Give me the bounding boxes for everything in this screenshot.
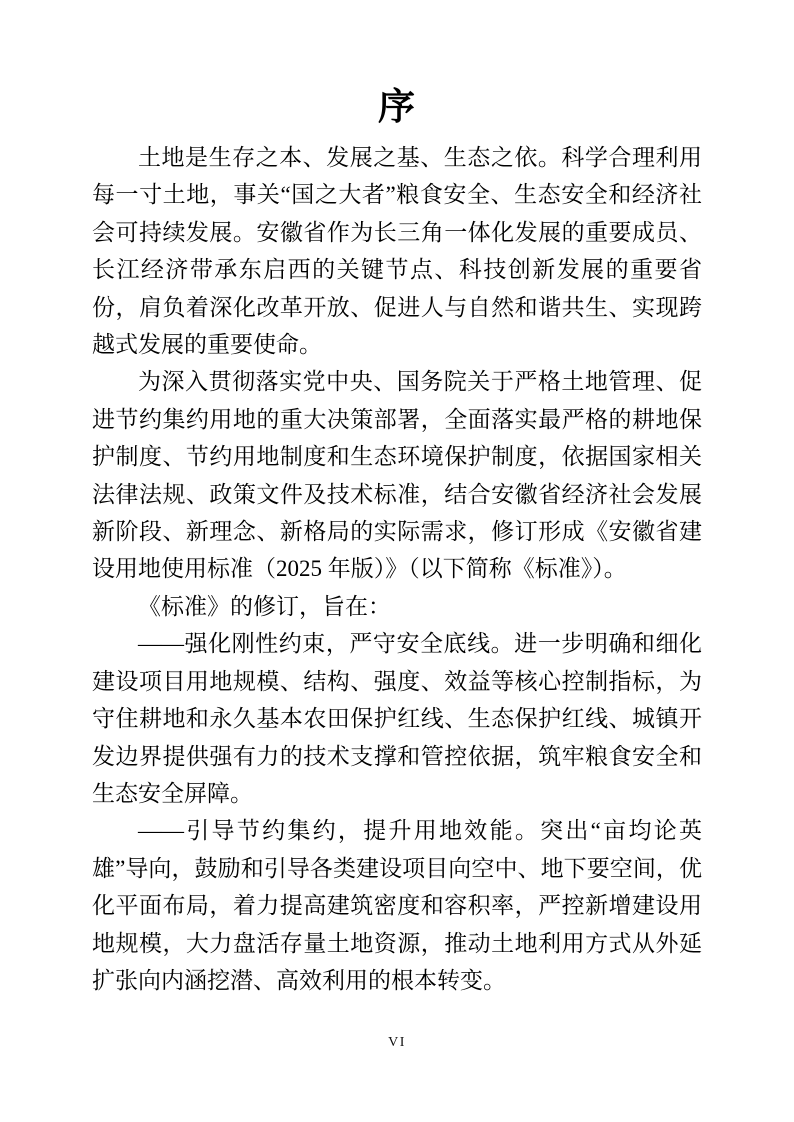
body-paragraph: ——强化刚性约束，严守安全底线。进一步明确和细化建设项目用地规模、结构、强度、效… [92,625,702,812]
body-paragraph: 土地是生存之本、发展之基、生态之依。科学合理利用每一寸土地，事关“国之大者”粮食… [92,139,702,363]
document-body: 土地是生存之本、发展之基、生态之依。科学合理利用每一寸土地，事关“国之大者”粮食… [92,139,702,999]
body-paragraph: 《标准》的修订，旨在： [92,588,702,625]
body-paragraph: 为深入贯彻落实党中央、国务院关于严格土地管理、促进节约集约用地的重大决策部署，全… [92,363,702,587]
body-paragraph: ——引导节约集约，提升用地效能。突出“亩均论英雄”导向，鼓励和引导各类建设项目向… [92,812,702,999]
page-number: VI [0,1035,794,1051]
document-page: 序 土地是生存之本、发展之基、生态之依。科学合理利用每一寸土地，事关“国之大者”… [0,0,794,1122]
page-title: 序 [0,84,794,132]
